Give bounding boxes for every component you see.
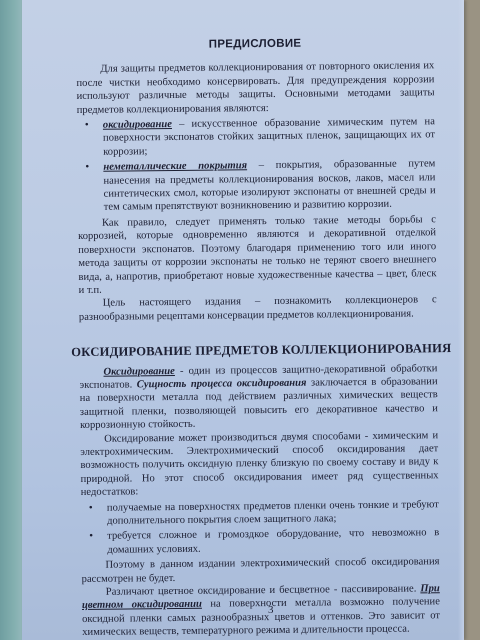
page-edge [458,0,464,640]
section-title: ОКСИДИРОВАНИЕ ПРЕДМЕТОВ КОЛЛЕКЦИОНИРОВАН… [71,342,437,359]
term-nonmetallic-coatings: неметаллические покрытия [103,160,247,173]
emphasis-process-essence: Сущность процесса оксидирования [137,378,307,391]
document-page: ПРЕДИСЛОВИЕ Для защиты предметов коллекц… [22,0,464,640]
teal-binding-strip [0,0,24,640]
preface-title: ПРЕДИСЛОВИЕ [76,36,434,53]
list-item: требуется сложное и громоздкое оборудова… [107,527,439,557]
list-item: получаемые на поверхностях предметов пле… [107,498,439,528]
preface-paragraph-3: Цель настоящего издания – познакомить ко… [79,294,437,325]
text-run: Различают цветное оксидирование и бесцве… [106,583,421,597]
term-oxidation: оксидирование [103,119,172,131]
term-oxidation-definition: Оксидирование [103,366,175,378]
preface-paragraph-2: Как правило, следует применять только та… [78,213,437,297]
list-item: неметаллические покрытия – покрытия, обр… [103,157,436,214]
section-paragraph-4: Различают цветное оксидирование и бесцве… [82,582,441,639]
list-item: оксидирование – искусственное образовани… [103,115,435,159]
drawbacks-list: получаемые на поверхностях предметов пле… [81,498,440,557]
page-content: ПРЕДИСЛОВИЕ Для защиты предметов коллекц… [76,36,440,639]
page-number: 3 [268,604,274,616]
section-paragraph-1: Оксидирование - один из процессов защитн… [79,362,438,433]
section-paragraph-2: Оксидирование может производиться двумя … [80,429,439,500]
preface-paragraph-1: Для защиты предметов коллекционирования … [76,60,435,117]
protection-methods-list: оксидирование – искусственное образовани… [77,115,436,215]
section-paragraph-3: Поэтому в данном издании электрохимическ… [81,555,439,586]
